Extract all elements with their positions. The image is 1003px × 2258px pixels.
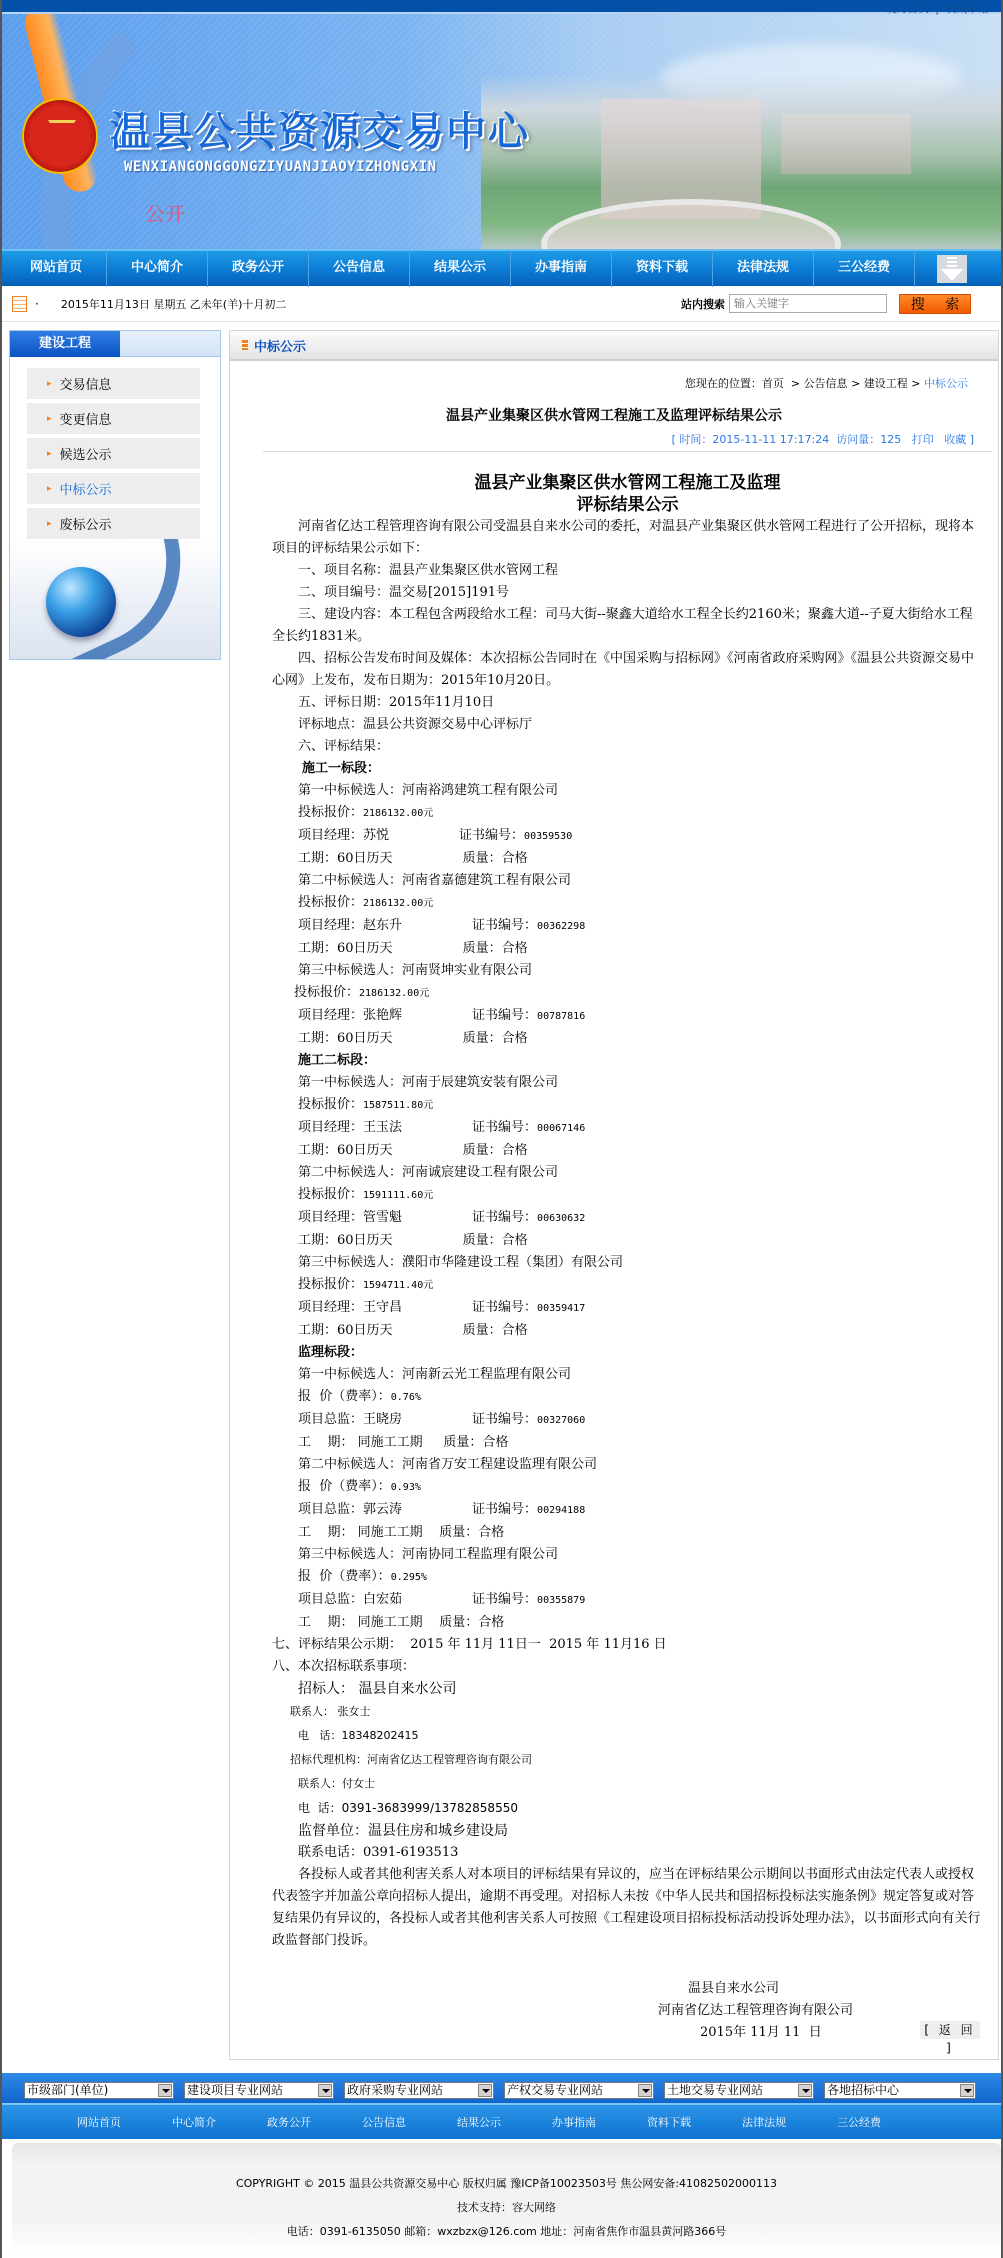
breadcrumb-sep: > [911,377,920,390]
sidebar-title: 建设工程 [10,331,120,357]
candidate-quality: 合格 [478,1525,504,1540]
candidate-rank: 第二中标候选人： [298,1165,402,1180]
quality-label: 质量： [463,1143,502,1158]
candidate-supervisor: 王晓房 [363,1412,402,1427]
select-value: 产权交易专业网站 [507,2083,603,2097]
evaluation-date: 五、评标日期：2015年11月10日 [272,692,983,714]
back-button[interactable]: [ 返 回 ] [920,2021,980,2039]
candidate-manager-line: 项目总监：郭云涛证书编号：00294188 [272,1499,983,1522]
candidate-period: 60日历天 [337,1031,393,1046]
project-number: 二、项目编号：温交易[2015]191号 [272,582,983,604]
price-label: 投标报价： [298,1187,363,1202]
candidate-cert: 00294188 [537,1505,585,1516]
candidate-period-line: 工 期： 同施工工期 质量：合格 [272,1612,983,1634]
candidate: 第三中标候选人：河南贤坤实业有限公司 投标报价：2186132.00元 项目经理… [272,960,983,1050]
section-title: 施工一标段： [272,758,983,780]
candidate-period-line: 工 期： 同施工工期 质量：合格 [272,1432,983,1454]
period-label: 工期： [298,851,337,866]
footer-nav-affairs[interactable]: 政务公开 [267,2114,362,2130]
select-value: 政府采购专业网站 [347,2083,443,2097]
period-label: 工期： [298,941,337,956]
sidebar-item-label: 变更信息 [60,409,112,428]
footer-nav-about[interactable]: 中心简介 [172,2114,267,2130]
select-construction-sites[interactable]: 建设项目专业网站 [184,2082,334,2099]
arrow-down-icon[interactable] [937,255,967,283]
select-land-sites[interactable]: 土地交易专业网站 [664,2082,814,2099]
candidate-rank: 第二中标候选人： [298,873,402,888]
select-value: 市级部门(单位) [27,2083,108,2097]
current-date: 2015年11月13日 星期五 乙未年(羊)十月初二 [61,296,287,312]
period-label: 工 期： [298,1525,354,1540]
candidate-period-line: 工期：60日历天质量：合格 [272,848,983,870]
footer-nav-downloads[interactable]: 资料下载 [647,2114,742,2130]
candidate-period: 60日历天 [337,1323,393,1338]
candidate-rank: 第一中标候选人： [298,783,402,798]
main-nav: 网站首页 中心简介 政务公开 公告信息 结果公示 办事指南 资料下载 法律法规 … [2,249,1001,286]
candidate-company-line: 第二中标候选人：河南省万安工程建设监理有限公司 [272,1454,983,1476]
candidate-cert: 00359417 [537,1303,585,1314]
agency: 招标代理机构：河南省亿达工程管理咨询有限公司 [272,1748,983,1772]
dropdown-arrow-icon [638,2084,652,2097]
breadcrumb-home[interactable]: 首页 [762,377,784,390]
sidebar: 建设工程 ▸交易信息 ▸变更信息 ▸候选公示 ▸中标公示 ▸废标公示 [9,330,221,660]
quality-label: 质量： [463,1233,502,1248]
candidate: 第一中标候选人：河南新云光工程监理有限公司 报 价（费率）：0.76% 项目总监… [272,1364,983,1454]
manager-label: 项目经理： [298,1120,363,1135]
sidebar-menu: ▸交易信息 ▸变更信息 ▸候选公示 ▸中标公示 ▸废标公示 [10,357,220,539]
main-layout: 建设工程 ▸交易信息 ▸变更信息 ▸候选公示 ▸中标公示 ▸废标公示 中标公示 … [2,322,1001,2062]
candidate-manager-line: 项目经理：赵东升证书编号：00362298 [272,915,983,938]
footer-nav-laws[interactable]: 法律法规 [742,2114,837,2130]
signature-agency: 河南省亿达工程管理咨询有限公司 [272,2000,983,2022]
candidate-price: 2186132.00元 [359,988,429,999]
quality-label: 质量： [463,851,502,866]
candidate: 第一中标候选人：河南裕鸿建筑工程有限公司 投标报价：2186132.00元 项目… [272,780,983,870]
bullet: · [35,297,39,311]
tenderer: 招标人： 温县自来水公司 [272,1678,983,1700]
content-header: 中标公示 [230,331,998,361]
candidate: 第二中标候选人：河南诚宸建设工程有限公司 投标报价：1591111.60元 项目… [272,1162,983,1252]
search-button[interactable]: 搜 索 [899,294,971,314]
candidate-price-line: 投标报价：1587511.80元 [272,1094,983,1117]
arrow-right-icon: ▸ [47,484,52,494]
dropdown-arrow-icon [798,2084,812,2097]
candidate-manager-line: 项目经理：王守昌证书编号：00359417 [272,1297,983,1320]
period-label: 工 期： [298,1615,354,1630]
contact-heading: 八、本次招标联系事项： [272,1656,983,1678]
time-label: 时间： [679,433,712,446]
candidate-fee-rate: 0.295% [391,1572,427,1583]
candidate-company-line: 第一中标候选人：河南新云光工程监理有限公司 [272,1364,983,1386]
candidate-price: 1591111.60元 [363,1190,433,1201]
nav-downloads[interactable]: 资料下载 [612,250,713,287]
tagline: 公开 [145,198,185,227]
section-title: 施工二标段： [272,1050,983,1072]
sidebar-item-label: 中标公示 [60,479,112,498]
price-label: 投标报价： [298,895,363,910]
quality-label: 质量： [463,1323,502,1338]
candidate-rank: 第一中标候选人： [298,1367,402,1382]
candidate-manager: 王守昌 [363,1300,402,1315]
candidate-period-line: 工 期： 同施工工期 质量：合格 [272,1522,983,1544]
dropdown-arrow-icon [318,2084,332,2097]
breadcrumb-prefix: 您现在的位置： [685,377,762,390]
price-label: 报 价（费率）： [298,1479,391,1494]
candidate-manager: 王玉法 [363,1120,402,1135]
tech-support: 技术支持：容大网络 [12,2199,1001,2215]
publish-time: 2015-11-11 17:17:24 [712,433,829,446]
header-banner: 温县公共资源交易中心 WENXIANGONGGONGZIYUANJIAOYIZH… [2,14,1001,249]
arrow-right-icon: ▸ [47,449,52,459]
footer-nav-guide[interactable]: 办事指南 [552,2114,647,2130]
quality-label: 质量： [463,1031,502,1046]
candidate-quality: 合格 [502,1143,528,1158]
cert-label: 证书编号： [472,918,537,933]
candidate-period-line: 工期：60日历天质量：合格 [272,1320,983,1342]
candidate-period-line: 工期：60日历天质量：合格 [272,938,983,960]
candidate-manager-line: 项目经理：苏悦证书编号：00359530 [272,825,983,848]
arrow-right-icon: ▸ [47,414,52,424]
signature-date: 2015年 11月 11 日 [272,2022,983,2044]
article-body: 温县产业集聚区供水管网工程施工及监理 评标结果公示 河南省亿达工程管理咨询有限公… [230,452,998,2044]
search-input[interactable] [729,294,887,313]
signature-block: 温县自来水公司 河南省亿达工程管理咨询有限公司 2015年 11月 11 日 [272,1978,983,2044]
candidate-company: 河南诚宸建设工程有限公司 [402,1165,558,1180]
candidate-price-line: 投标报价：2186132.00元 [272,802,983,825]
period-label: 工期： [298,1143,337,1158]
sidebar-item-label: 候选公示 [60,444,112,463]
nav-announcements[interactable]: 公告信息 [309,250,410,287]
supervisor-label: 项目总监： [298,1502,363,1517]
candidate-quality: 合格 [502,1031,528,1046]
sidebar-item-award-notice[interactable]: ▸中标公示 [27,473,200,504]
candidate-quality: 合格 [502,851,528,866]
candidate-quality: 合格 [502,941,528,956]
favorite-link[interactable]: 收藏 [944,433,966,446]
site-title: 温县公共资源交易中心 [110,100,530,157]
manager-label: 项目经理： [298,1008,363,1023]
candidate-cert: 00355879 [537,1595,585,1606]
sidebar-item-void-notice[interactable]: ▸废标公示 [27,508,200,539]
tenderer-phone: 电 话：18348202415 [272,1724,983,1748]
visit-count: 125 [880,433,901,446]
period-label: 工 期： [298,1435,354,1450]
quality-label: 质量： [443,1435,482,1450]
dropdown-arrow-icon [960,2084,974,2097]
price-label: 报 价（费率）： [298,1569,391,1584]
candidate-cert: 00362298 [537,921,585,932]
candidate-rank: 第三中标候选人： [298,963,402,978]
candidate-manager: 张艳辉 [363,1008,402,1023]
candidate-rank: 第二中标候选人： [298,1457,402,1472]
candidate-fee-rate: 0.93% [391,1482,421,1493]
candidate-company: 河南省嘉德建筑工程有限公司 [402,873,571,888]
divider: | [935,2,939,15]
candidate-quality: 合格 [478,1615,504,1630]
price-label: 投标报价： [298,1277,363,1292]
candidate-manager-line: 项目经理：王玉法证书编号：00067146 [272,1117,983,1140]
candidate-price-line: 投标报价：1591111.60元 [272,1184,983,1207]
candidate-period: 60日历天 [337,941,393,956]
contact-info: 电话：0391-6135050 邮箱：wxzbzx@126.com 地址：河南省… [12,2223,1001,2239]
candidate-period: 60日历天 [337,1143,393,1158]
quality-label: 质量： [439,1615,478,1630]
globe-icon [46,567,116,637]
date-search-bar: · 2015年11月13日 星期五 乙未年(羊)十月初二 站内搜索 搜 索 [2,286,1001,322]
candidate-period: 同施工工期 [358,1435,423,1450]
manager-label: 项目经理： [298,1210,363,1225]
manager-label: 项目经理： [298,828,363,843]
candidate-price-line: 投标报价：2186132.00元 [272,892,983,915]
calendar-icon [12,296,27,312]
bookmark-link[interactable]: 收藏本站 [945,2,989,15]
sidebar-item-candidate-notice[interactable]: ▸候选公示 [27,438,200,469]
bullet-dots-icon [242,340,248,350]
cert-label: 证书编号： [472,1412,537,1427]
footer: COPYRIGHT © 2015 温县公共资源交易中心 版权归属 豫ICP备10… [12,2143,1001,2253]
candidate-manager-line: 项目经理：管雪魁证书编号：00630632 [272,1207,983,1230]
candidate-company: 河南省万安工程建设监理有限公司 [402,1457,597,1472]
candidate-price-line: 报 价（费率）：0.295% [272,1566,983,1589]
top-strip [2,0,1001,14]
supervisor-label: 项目总监： [298,1412,363,1427]
cert-label: 证书编号： [472,1300,537,1315]
select-value: 各地招标中心 [827,2083,899,2097]
construction-content: 三、建设内容：本工程包含两段给水工程：司马大街--聚鑫大道给水工程全长约2160… [272,604,983,648]
select-value: 建设项目专业网站 [187,2083,283,2097]
candidate-manager-line: 项目总监：白宏茹证书编号：00355879 [272,1589,983,1612]
candidate-company-line: 第一中标候选人：河南于辰建筑安装有限公司 [272,1072,983,1094]
candidate-price-line: 投标报价：1594711.40元 [272,1274,983,1297]
price-label: 投标报价： [298,1097,363,1112]
candidate: 第三中标候选人：濮阳市华隆建设工程（集团）有限公司 投标报价：1594711.4… [272,1252,983,1342]
sidebar-item-change-info[interactable]: ▸变更信息 [27,403,200,434]
candidate-cert: 00327060 [537,1415,585,1426]
candidate-period: 60日历天 [337,1233,393,1248]
evaluation-place: 评标地点：温县公共资源交易中心评标厅 [272,714,983,736]
dropdown-arrow-icon [478,2084,492,2097]
select-city-departments[interactable]: 市级部门(单位) [24,2082,174,2099]
manager-label: 项目经理： [298,1300,363,1315]
select-bidding-centers[interactable]: 各地招标中心 [824,2082,976,2099]
body-heading-line1: 温县产业集聚区供水管网工程施工及监理 [272,472,983,494]
period-label: 工期： [298,1323,337,1338]
candidate-manager: 赵东升 [363,918,402,933]
publication-info: 四、招标公告发布时间及媒体：本次招标公告同时在《中国采购与招标网》《河南省政府采… [272,648,983,692]
candidate-manager: 苏悦 [363,828,389,843]
objection-notice: 各投标人或者其他利害关系人对本项目的评标结果有异议的，应当在评标结果公示期间以书… [272,1864,983,1952]
manager-label: 项目经理： [298,918,363,933]
breadcrumb-construction[interactable]: 建设工程 [864,377,908,390]
dropdown-arrow-icon [158,2084,172,2097]
price-label: 投标报价： [294,985,359,1000]
agency-contact: 联系人：付女士 [272,1772,983,1796]
candidate: 第三中标候选人：河南协同工程监理有限公司 报 价（费率）：0.295% 项目总监… [272,1544,983,1634]
nav-about[interactable]: 中心简介 [107,250,208,287]
candidate-company: 濮阳市华隆建设工程（集团）有限公司 [402,1255,623,1270]
arrow-right-icon: ▸ [47,379,52,389]
content-panel: 中标公示 您现在的位置：首页 > 公告信息 > 建设工程 > 中标公示 温县产业… [229,330,999,2060]
sidebar-item-trade-info[interactable]: ▸交易信息 [27,368,200,399]
candidate-company-line: 第三中标候选人：河南协同工程监理有限公司 [272,1544,983,1566]
nav-laws[interactable]: 法律法规 [713,250,814,287]
period-label: 工期： [298,1031,337,1046]
signature-tenderer: 温县自来水公司 [272,1978,983,2000]
select-procurement-sites[interactable]: 政府采购专业网站 [344,2082,494,2099]
breadcrumb-sep: > [791,377,800,390]
evaluation-results-heading: 六、评标结果： [272,736,983,758]
cert-label: 证书编号： [459,828,524,843]
candidate-manager-line: 项目经理：张艳辉证书编号：00787816 [272,1005,983,1028]
body-heading-line2: 评标结果公示 [272,494,983,516]
article-meta: [ 时间：2015-11-11 17:17:24 访问量：125 打印 收藏 ] [263,431,992,452]
tenderer-contact: 联系人： 张女士 [272,1700,983,1724]
period-label: 工期： [298,1233,337,1248]
nav-expenses[interactable]: 三公经费 [814,250,915,287]
breadcrumb: 您现在的位置：首页 > 公告信息 > 建设工程 > 中标公示 [230,375,998,391]
candidate: 第二中标候选人：河南省万安工程建设监理有限公司 报 价（费率）：0.93% 项目… [272,1454,983,1544]
visits-label: 访问量： [836,433,880,446]
candidate-company-line: 第一中标候选人：河南裕鸿建筑工程有限公司 [272,780,983,802]
candidate-period: 同施工工期 [358,1525,423,1540]
candidate-cert: 00630632 [537,1213,585,1224]
supervisor-unit: 监督单位：温县住房和城乡建设局 [272,1820,983,1842]
candidate-rank: 第三中标候选人： [298,1255,402,1270]
nav-affairs[interactable]: 政务公开 [208,250,309,287]
price-label: 报 价（费率）： [298,1389,391,1404]
print-link[interactable]: 打印 [912,433,934,446]
cert-label: 证书编号： [472,1210,537,1225]
candidate-cert: 00787816 [537,1011,585,1022]
candidate-price: 2186132.00元 [363,808,433,819]
globe-illustration [10,539,220,659]
candidate-fee-rate: 0.76% [391,1392,421,1403]
candidate-price-line: 投标报价：2186132.00元 [272,982,983,1005]
candidate: 第一中标候选人：河南于辰建筑安装有限公司 投标报价：1587511.80元 项目… [272,1072,983,1162]
select-property-sites[interactable]: 产权交易专业网站 [504,2082,654,2099]
candidate: 第二中标候选人：河南省嘉德建筑工程有限公司 投标报价：2186132.00元 项… [272,870,983,960]
candidate-price: 1594711.40元 [363,1280,433,1291]
candidate-period-line: 工期：60日历天质量：合格 [272,1230,983,1252]
candidate-company: 河南于辰建筑安装有限公司 [402,1075,558,1090]
select-value: 土地交易专业网站 [667,2083,763,2097]
site-subtitle: WENXIANGONGGONGZIYUANJIAOYIZHONGXIN [124,159,437,175]
sidebar-header: 建设工程 [10,331,220,357]
candidate-company-line: 第二中标候选人：河南诚宸建设工程有限公司 [272,1162,983,1184]
publicity-period: 七、评标结果公示期： 2015 年 11月 11日一 2015 年 11月16 … [272,1634,983,1656]
candidate-manager: 管雪魁 [363,1210,402,1225]
candidate-manager-line: 项目总监：王晓房证书编号：00327060 [272,1409,983,1432]
breadcrumb-sep: > [851,377,860,390]
candidate-quality: 合格 [502,1233,528,1248]
candidate-cert: 00359530 [524,831,572,842]
breadcrumb-announcements[interactable]: 公告信息 [804,377,848,390]
candidate-price: 1587511.80元 [363,1100,433,1111]
arrow-right-icon: ▸ [47,519,52,529]
banner-building [781,114,911,174]
candidate-period: 60日历天 [337,851,393,866]
agency-phone: 电 话：0391-3683999/13782858550 [272,1796,983,1820]
candidate-cert: 00067146 [537,1123,585,1134]
footer-nav-results[interactable]: 结果公示 [457,2114,552,2130]
candidate-period-line: 工期：60日历天质量：合格 [272,1140,983,1162]
candidate-price: 2186132.00元 [363,898,433,909]
candidate-company: 河南贤坤实业有限公司 [402,963,532,978]
candidate-price-line: 报 价（费率）：0.76% [272,1386,983,1409]
candidate-period-line: 工期：60日历天质量：合格 [272,1028,983,1050]
candidate-company-line: 第三中标候选人：濮阳市华隆建设工程（集团）有限公司 [272,1252,983,1274]
candidate-company: 河南新云光工程监理有限公司 [402,1367,571,1382]
nav-guide[interactable]: 办事指南 [511,250,612,287]
sidebar-item-label: 废标公示 [60,514,112,533]
candidate-company: 河南裕鸿建筑工程有限公司 [402,783,558,798]
top-links: 设为首页|收藏本站 [885,0,989,16]
candidate-supervisor: 郭云涛 [363,1502,402,1517]
section-title: 中标公示 [254,336,306,355]
quality-label: 质量： [439,1525,478,1540]
nav-home[interactable]: 网站首页 [6,250,107,287]
candidate-quality: 合格 [502,1323,528,1338]
article-title: 温县产业集聚区供水管网工程施工及监理评标结果公示 [230,405,998,425]
cert-label: 证书编号： [472,1502,537,1517]
candidate-company: 河南协同工程监理有限公司 [402,1547,558,1562]
cert-label: 证书编号： [472,1592,537,1607]
candidate-rank: 第三中标候选人： [298,1547,402,1562]
footer-nav-expenses[interactable]: 三公经费 [837,2114,932,2130]
sidebar-item-label: 交易信息 [60,374,112,393]
project-name: 一、项目名称：温县产业集聚区供水管网工程 [272,560,983,582]
intro-paragraph: 河南省亿达工程管理咨询有限公司受温县自来水公司的委托，对温县产业集聚区供水管网工… [272,516,983,560]
cert-label: 证书编号： [472,1120,537,1135]
quality-label: 质量： [463,941,502,956]
breadcrumb-current[interactable]: 中标公示 [924,377,968,390]
footer-nav-home[interactable]: 网站首页 [77,2114,172,2130]
supervisor-label: 项目总监： [298,1592,363,1607]
section-title: 监理标段： [272,1342,983,1364]
candidate-company-line: 第二中标候选人：河南省嘉德建筑工程有限公司 [272,870,983,892]
candidate-supervisor: 白宏茹 [363,1592,402,1607]
search-label: 站内搜索 [681,296,725,312]
price-label: 投标报价： [298,805,363,820]
cert-label: 证书编号： [472,1008,537,1023]
candidate-price-line: 报 价（费率）：0.93% [272,1476,983,1499]
nav-results[interactable]: 结果公示 [410,250,511,287]
candidate-quality: 合格 [482,1435,508,1450]
candidate-rank: 第一中标候选人： [298,1075,402,1090]
candidate-company-line: 第三中标候选人：河南贤坤实业有限公司 [272,960,983,982]
footer-nav: 网站首页 中心简介 政务公开 公告信息 结果公示 办事指南 资料下载 法律法规 … [2,2103,1001,2139]
candidate-period: 同施工工期 [358,1615,423,1630]
set-homepage-link[interactable]: 设为首页 [885,2,929,15]
copyright: COPYRIGHT © 2015 温县公共资源交易中心 版权归属 豫ICP备10… [12,2175,1001,2191]
emblem-logo-icon [22,98,98,174]
footer-nav-announcements[interactable]: 公告信息 [362,2114,457,2130]
supervisor-phone: 联系电话：0391-6193513 [272,1842,983,1864]
